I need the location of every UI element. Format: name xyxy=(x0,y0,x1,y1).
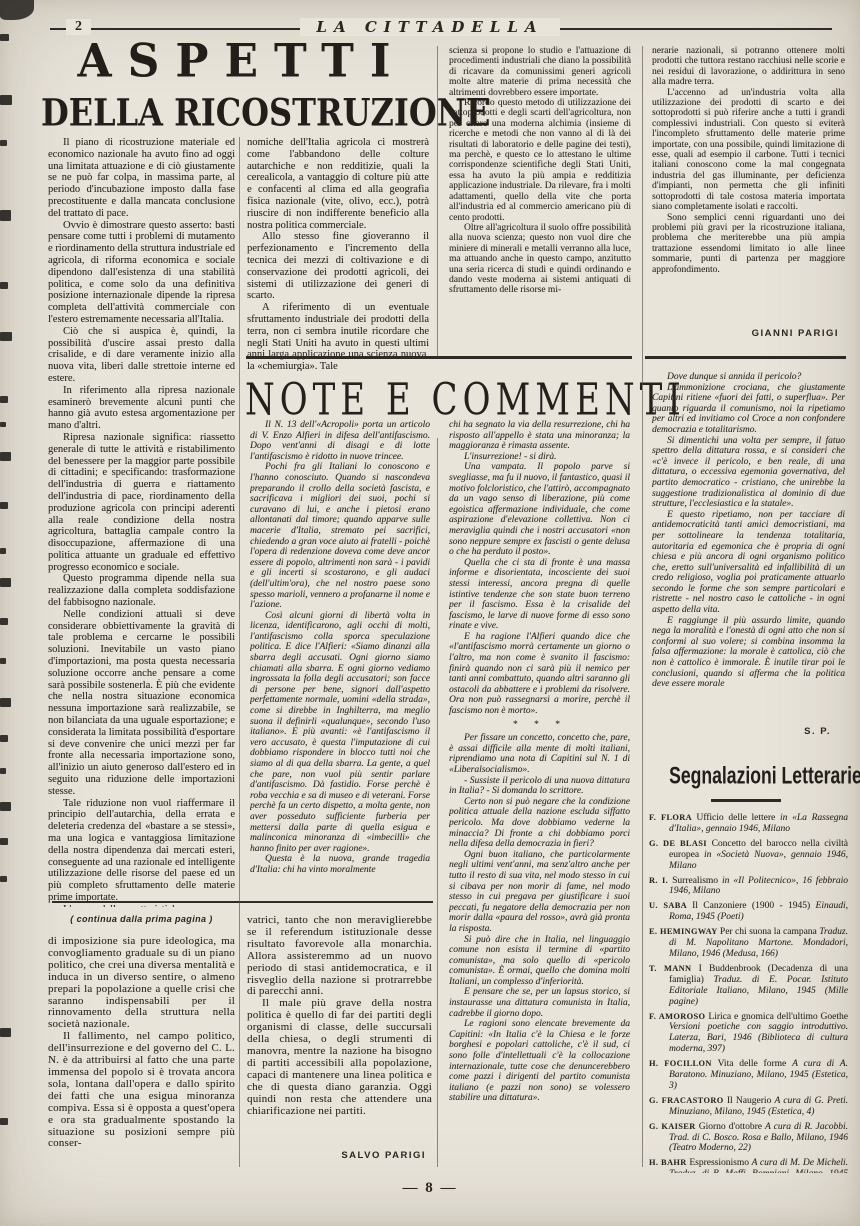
note-paragraph: * * * xyxy=(449,720,630,731)
ricostruzione-column-1: Il piano di ricostruzione materiale ed e… xyxy=(48,137,235,907)
article-paragraph: Ovvio è dimostrare questo asserto: basti… xyxy=(48,220,235,326)
article-paragraph: Ricordo questo metodo di utilizzazione d… xyxy=(449,98,631,223)
continuation-rule xyxy=(52,901,433,903)
column-divider-1 xyxy=(239,137,240,1167)
book-title: Per chi suona la campana xyxy=(720,927,819,937)
article-paragraph: scienza si propone lo studio e l'attuazi… xyxy=(449,46,631,98)
book-list-item: G. DE BLASI Concetto del barocco nella c… xyxy=(649,839,848,872)
book-author: E. HEMINGWAY xyxy=(649,927,720,936)
article-ricostruzione-headline: ASPETTI DELLA RICOSTRUZIONE xyxy=(35,38,433,131)
book-list-item: E. HEMINGWAY Per chi suona la campana Tr… xyxy=(649,927,848,960)
article-paragraph: Questo programma dipende nella sua reali… xyxy=(48,573,235,608)
edge-mark xyxy=(0,95,12,105)
note-paragraph: Ogni buon italiano, che particolarmente … xyxy=(449,850,630,935)
note-paragraph: Pochi fra gli Italiani lo conoscono e l'… xyxy=(250,462,430,610)
segnalazioni-book-list: F. FLORA Ufficio delle lettere in «La Ra… xyxy=(649,813,848,1173)
edge-mark xyxy=(0,698,11,707)
edge-mark xyxy=(0,578,11,587)
article-paragraph: Sono semplici cenni riguardanti uno dei … xyxy=(652,213,845,275)
book-list-item: T. MANN I Buddenbrook (Decadenza di una … xyxy=(649,964,848,1008)
book-title: Il Canzoniere (1900 - 1945) xyxy=(692,901,815,911)
book-list-item: G. KAISER Giorno d'ottobre A cura di R. … xyxy=(649,1122,848,1155)
edge-mark xyxy=(0,1028,11,1037)
edge-mark xyxy=(0,210,11,221)
note-commenti-rule-right xyxy=(645,356,846,359)
book-title: Surrealismo xyxy=(672,876,722,886)
article-paragraph: L'accenno ad un'industria volta alla uti… xyxy=(652,88,845,213)
continuation-label: ( continua dalla prima pagina ) xyxy=(48,914,235,924)
segnalazioni-underline xyxy=(711,799,781,802)
continuation-column-1: di imposizione sia pure ideologica, ma c… xyxy=(48,936,235,1170)
article-paragraph: A riferimento di un eventuale sfruttamen… xyxy=(247,302,429,371)
newspaper-page: 2 LA CITTADELLA ASPETTI DELLA RICOSTRUZI… xyxy=(0,0,860,1226)
article-paragraph: Il fallimento, nel campo politico, dell'… xyxy=(48,1031,235,1150)
ricostruzione-column-3: scienza si propone lo studio e l'attuazi… xyxy=(449,46,631,358)
headline-line-2: DELLA RICOSTRUZIONE xyxy=(41,91,427,136)
note-paragraph: Questa è la nuova, grande tragedia d'Ita… xyxy=(250,854,430,875)
book-title: Lirica e gnomica dell'ultimo Goethe xyxy=(708,1012,848,1022)
article-paragraph: Il male più grave della nostra politica … xyxy=(247,998,432,1117)
masthead-title: LA CITTADELLA xyxy=(300,18,559,36)
book-list-item: G. FRACASTORO Il Naugerio A cura di G. P… xyxy=(649,1096,848,1118)
edge-mark xyxy=(0,802,11,811)
book-list-item: F. AMOROSO Lirica e gnomica dell'ultimo … xyxy=(649,1012,848,1056)
book-list-item: H. FOCILLON Vita delle forme A cura di A… xyxy=(649,1059,848,1092)
note-commenti-signature: S. P. xyxy=(652,726,837,737)
scan-corner-blob xyxy=(0,0,34,20)
book-detail: Versioni poetiche con saggio introduttiv… xyxy=(669,1022,848,1054)
book-title: Il Naugerio xyxy=(727,1096,775,1106)
book-title: Ufficio delle lettere xyxy=(696,813,780,823)
book-author: F. AMOROSO xyxy=(649,1012,708,1021)
article-paragraph: Ciò che si auspica è, quindi, la possibi… xyxy=(48,326,235,385)
note-paragraph: E pensare che se, per un lapsus storico,… xyxy=(449,987,630,1019)
book-author: R. I. xyxy=(649,876,672,885)
note-commenti-column-a: Il N. 13 dell'«Acropoli» porta un artico… xyxy=(250,420,430,890)
note-paragraph: Il N. 13 dell'«Acropoli» porta un artico… xyxy=(250,420,430,462)
article-paragraph: Tale riduzione non vuol riaffermare il p… xyxy=(48,798,235,904)
edge-mark xyxy=(0,876,7,882)
article-paragraph: nerarie nazionali, si potranno ottenere … xyxy=(652,46,845,88)
continuation-byline: SALVO PARIGI xyxy=(247,1150,432,1161)
edge-mark xyxy=(0,658,6,664)
book-author: G. DE BLASI xyxy=(649,839,712,848)
note-paragraph: - Sussiste il pericolo di una nuova ditt… xyxy=(449,776,630,797)
article-paragraph: di imposizione sia pure ideologica, ma c… xyxy=(48,936,235,1031)
ricostruzione-byline: GIANNI PARIGI xyxy=(652,328,845,339)
edge-mark xyxy=(0,548,6,554)
note-paragraph: E ha ragione l'Alfieri quando dice che «… xyxy=(449,632,630,717)
page-footer-number: — 8 — xyxy=(0,1180,860,1197)
book-list-item: U. SABA Il Canzoniere (1900 - 1945) Eina… xyxy=(649,901,848,923)
note-paragraph: E raggiunge il più assurdo limite, quand… xyxy=(652,616,845,690)
headline-line-1: ASPETTI xyxy=(35,37,433,87)
edge-mark xyxy=(0,618,8,625)
note-paragraph: E questo ripetiamo, non per tacciare di … xyxy=(652,510,845,616)
edge-mark xyxy=(0,838,8,845)
note-paragraph: Per fissare un concetto, concetto che, p… xyxy=(449,733,630,775)
book-list-item: H. BAHR Espressionismo A cura di M. De M… xyxy=(649,1158,848,1173)
edge-mark xyxy=(0,768,6,774)
book-list-item: F. FLORA Ufficio delle lettere in «La Ra… xyxy=(649,813,848,835)
book-author: H. BAHR xyxy=(649,1158,689,1167)
note-paragraph: Si dimentichi una volta per sempre, il f… xyxy=(652,436,845,510)
note-commenti-rule-left xyxy=(246,356,632,359)
book-title: Giorno d'ottobre xyxy=(699,1122,765,1132)
column-divider-2-upper xyxy=(437,46,438,356)
book-author: T. MANN xyxy=(649,964,699,973)
article-paragraph: Il piano di ricostruzione materiale ed e… xyxy=(48,137,235,220)
book-author: G. FRACASTORO xyxy=(649,1096,727,1105)
note-paragraph: L'ammonizione crociana, che giustamente … xyxy=(652,383,845,436)
continuation-column-2: vatrici, tanto che non meraviglierebbe s… xyxy=(247,915,432,1147)
ricostruzione-column-2: nomiche dell'Italia agricola ci mostrerà… xyxy=(247,137,429,371)
note-paragraph: Certo non si può negare che la condizion… xyxy=(449,797,630,850)
note-paragraph: Una vampata. Il popolo parve si sveglias… xyxy=(449,462,630,557)
article-paragraph: vatrici, tanto che non meraviglierebbe s… xyxy=(247,915,432,998)
note-paragraph: chi ha segnato la via della resurrezione… xyxy=(449,420,630,452)
book-title: Espressionismo xyxy=(689,1158,751,1168)
edge-mark xyxy=(0,396,8,403)
book-author: U. SABA xyxy=(649,901,692,910)
note-commenti-title: NOTE E COMMENTI xyxy=(245,374,637,426)
column-divider-3 xyxy=(642,46,643,1167)
note-paragraph: Dove dunque si annida il pericolo? xyxy=(652,372,845,383)
note-paragraph: Le ragioni sono elencate brevemente da C… xyxy=(449,1019,630,1104)
note-paragraph: L'insurrezione! - si dirà. xyxy=(449,452,630,463)
article-paragraph: In riferimento alla ripresa nazionale es… xyxy=(48,385,235,432)
article-paragraph: Ripresa nazionale significa: riassetto g… xyxy=(48,432,235,574)
edge-mark xyxy=(0,1118,8,1125)
note-paragraph: Si può dire che in Italia, nel linguaggi… xyxy=(449,935,630,988)
edge-mark xyxy=(0,140,7,146)
article-paragraph: nomiche dell'Italia agricola ci mostrerà… xyxy=(247,137,429,231)
edge-mark xyxy=(0,422,6,427)
segnalazioni-title: Segnalazioni Letterarie xyxy=(669,762,860,790)
note-commenti-column-b: chi ha segnato la via della resurrezione… xyxy=(449,420,630,1168)
note-paragraph: Quella che ci sta di fronte è una massa … xyxy=(449,558,630,632)
edge-mark xyxy=(0,282,8,289)
edge-mark xyxy=(0,735,8,742)
book-title: Vita delle forme xyxy=(718,1059,792,1069)
segnalazioni-title-wrap: Segnalazioni Letterarie xyxy=(645,762,846,788)
edge-mark xyxy=(0,452,11,461)
note-paragraph: Così alcuni giorni di libertà volta in l… xyxy=(250,611,430,855)
book-author: H. FOCILLON xyxy=(649,1059,718,1068)
column-divider-2-lower xyxy=(437,438,438,1167)
book-author: F. FLORA xyxy=(649,813,696,822)
edge-mark xyxy=(0,332,12,341)
article-paragraph: Oltre all'agricoltura il suolo offre pos… xyxy=(449,223,631,296)
article-paragraph: Allo stesso fine gioveranno il perfezion… xyxy=(247,231,429,302)
article-paragraph: L'esame delle caratteristiche eco- xyxy=(48,904,235,907)
article-paragraph: Nelle condizioni attuali si deve conside… xyxy=(48,609,235,798)
book-author: G. KAISER xyxy=(649,1122,699,1131)
ricostruzione-column-4: nerarie nazionali, si potranno ottenere … xyxy=(652,46,845,314)
edge-mark xyxy=(0,502,8,509)
note-commenti-column-c: Dove dunque si annida il pericolo?L'ammo… xyxy=(652,372,845,724)
book-list-item: R. I. Surrealismo in «Il Politecnico», 1… xyxy=(649,876,848,898)
